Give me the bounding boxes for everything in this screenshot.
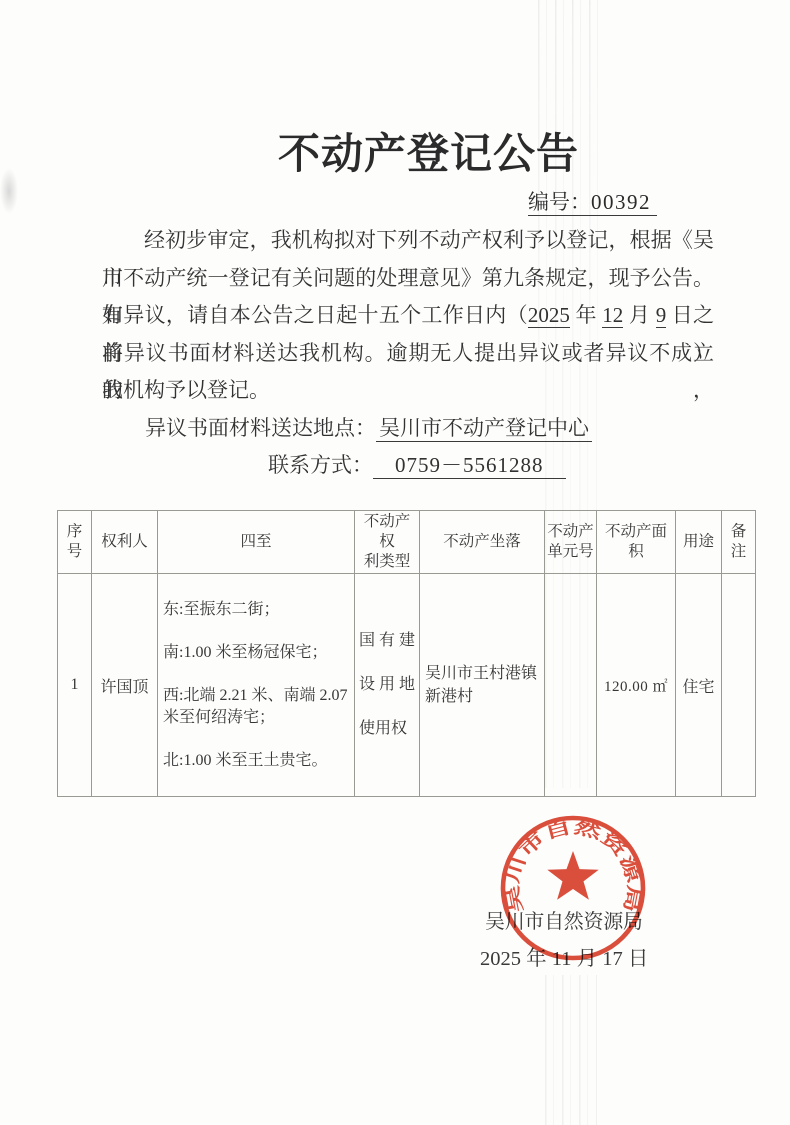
boundary-east: 东:至振东二街； bbox=[163, 599, 349, 621]
scan-artifact bbox=[545, 975, 597, 1125]
svg-text:吴川市自然资源局: 吴川市自然资源局 bbox=[502, 817, 645, 915]
boundary-west: 西:北端 2.21 米、南端 2.07 米至何绍涛宅； bbox=[163, 685, 349, 728]
cell-area: 120.00 ㎡ bbox=[597, 574, 676, 797]
right-type-line: 使用权 bbox=[359, 718, 415, 740]
notice-text: 有异议，请自本公告之日起十五个工作日内（ bbox=[102, 303, 528, 327]
seal-ring bbox=[503, 818, 643, 958]
deadline-day: 9 bbox=[656, 303, 667, 328]
doc-number-value: 00392 bbox=[591, 190, 651, 214]
page-title: 不动产登记公告 bbox=[278, 132, 579, 178]
official-seal: 吴川市自然资源局 bbox=[496, 812, 650, 966]
cell-unit-no bbox=[545, 574, 597, 797]
contact-label: 联系方式： bbox=[268, 453, 373, 477]
address-line: 异议书面材料送达地点：吴川市不动产登记中心 bbox=[102, 410, 714, 448]
table-row: 1 许国顶 东:至振东二街； 南:1.00 米至杨冠保宅； 西:北端 2.21 … bbox=[58, 574, 756, 797]
address-label: 异议书面材料送达地点： bbox=[145, 416, 376, 440]
seal-arc-text: 吴川市自然资源局 bbox=[502, 817, 645, 915]
cell-no: 1 bbox=[58, 574, 92, 797]
cell-boundaries: 东:至振东二街； 南:1.00 米至杨冠保宅； 西:北端 2.21 米、南端 2… bbox=[158, 574, 355, 797]
notice-line: 将异议书面材料送达我机构。逾期无人提出异议或者异议不成立的， bbox=[102, 335, 714, 373]
contact-line: 联系方式：0759－5561288 bbox=[102, 447, 714, 485]
cell-right-type: 国 有 建 设 用 地 使用权 bbox=[355, 574, 420, 797]
contact-value: 0759－5561288 bbox=[373, 453, 566, 479]
right-type-line: 国 有 建 bbox=[359, 630, 415, 652]
cell-holder: 许国顶 bbox=[92, 574, 158, 797]
cell-remark bbox=[722, 574, 756, 797]
doc-number: 编号：00392 bbox=[528, 189, 657, 216]
boundary-north: 北:1.00 米至王土贵宅。 bbox=[163, 750, 349, 772]
col-header-boundaries: 四至 bbox=[158, 511, 355, 574]
deadline-month: 12 bbox=[602, 303, 623, 328]
boundary-south: 南:1.00 米至杨冠保宅； bbox=[163, 642, 349, 664]
col-header-holder: 权利人 bbox=[92, 511, 158, 574]
col-header-unit-no: 不动产 单元号 bbox=[545, 511, 597, 574]
issue-date: 2025 年 11 月 17 日 bbox=[480, 944, 648, 974]
notice-line-deadline: 有异议，请自本公告之日起十五个工作日内（2025 年 12 月 9 日之前） bbox=[102, 297, 714, 335]
col-header-area: 不动产面积 bbox=[597, 511, 676, 574]
col-header-remark: 备注 bbox=[722, 511, 756, 574]
col-header-right-type: 不动产权 利类型 bbox=[355, 511, 420, 574]
issuer-name: 吴川市自然资源局 bbox=[485, 908, 643, 936]
notice-line: 经初步审定，我机构拟对下列不动产权利予以登记，根据《吴川 bbox=[102, 222, 714, 260]
address-value: 吴川市不动产登记中心 bbox=[376, 416, 592, 442]
star-icon bbox=[547, 851, 598, 900]
col-header-location: 不动产坐落 bbox=[420, 511, 545, 574]
col-header-no: 序号 bbox=[58, 511, 92, 574]
notice-body: 经初步审定，我机构拟对下列不动产权利予以登记，根据《吴川 市不动产统一登记有关问… bbox=[102, 222, 714, 485]
scan-artifact bbox=[0, 168, 18, 214]
notice-text: 年 bbox=[570, 303, 602, 327]
col-header-usage: 用途 bbox=[676, 511, 722, 574]
right-type-line: 设 用 地 bbox=[359, 674, 415, 696]
doc-number-label: 编号： bbox=[528, 190, 591, 214]
registration-table: 序号 权利人 四至 不动产权 利类型 不动产坐落 不动产 单元号 不动产面积 用… bbox=[57, 510, 756, 797]
cell-usage: 住宅 bbox=[676, 574, 722, 797]
notice-text: 月 bbox=[623, 303, 655, 327]
notice-line: 市不动产统一登记有关问题的处理意见》第九条规定，现予公告。如 bbox=[102, 260, 714, 298]
document-page: 不动产登记公告 编号：00392 经初步审定，我机构拟对下列不动产权利予以登记，… bbox=[0, 0, 790, 1125]
table-header-row: 序号 权利人 四至 不动产权 利类型 不动产坐落 不动产 单元号 不动产面积 用… bbox=[58, 511, 756, 574]
deadline-year: 2025 bbox=[528, 303, 570, 328]
cell-location: 吴川市王村港镇 新港村 bbox=[420, 574, 545, 797]
